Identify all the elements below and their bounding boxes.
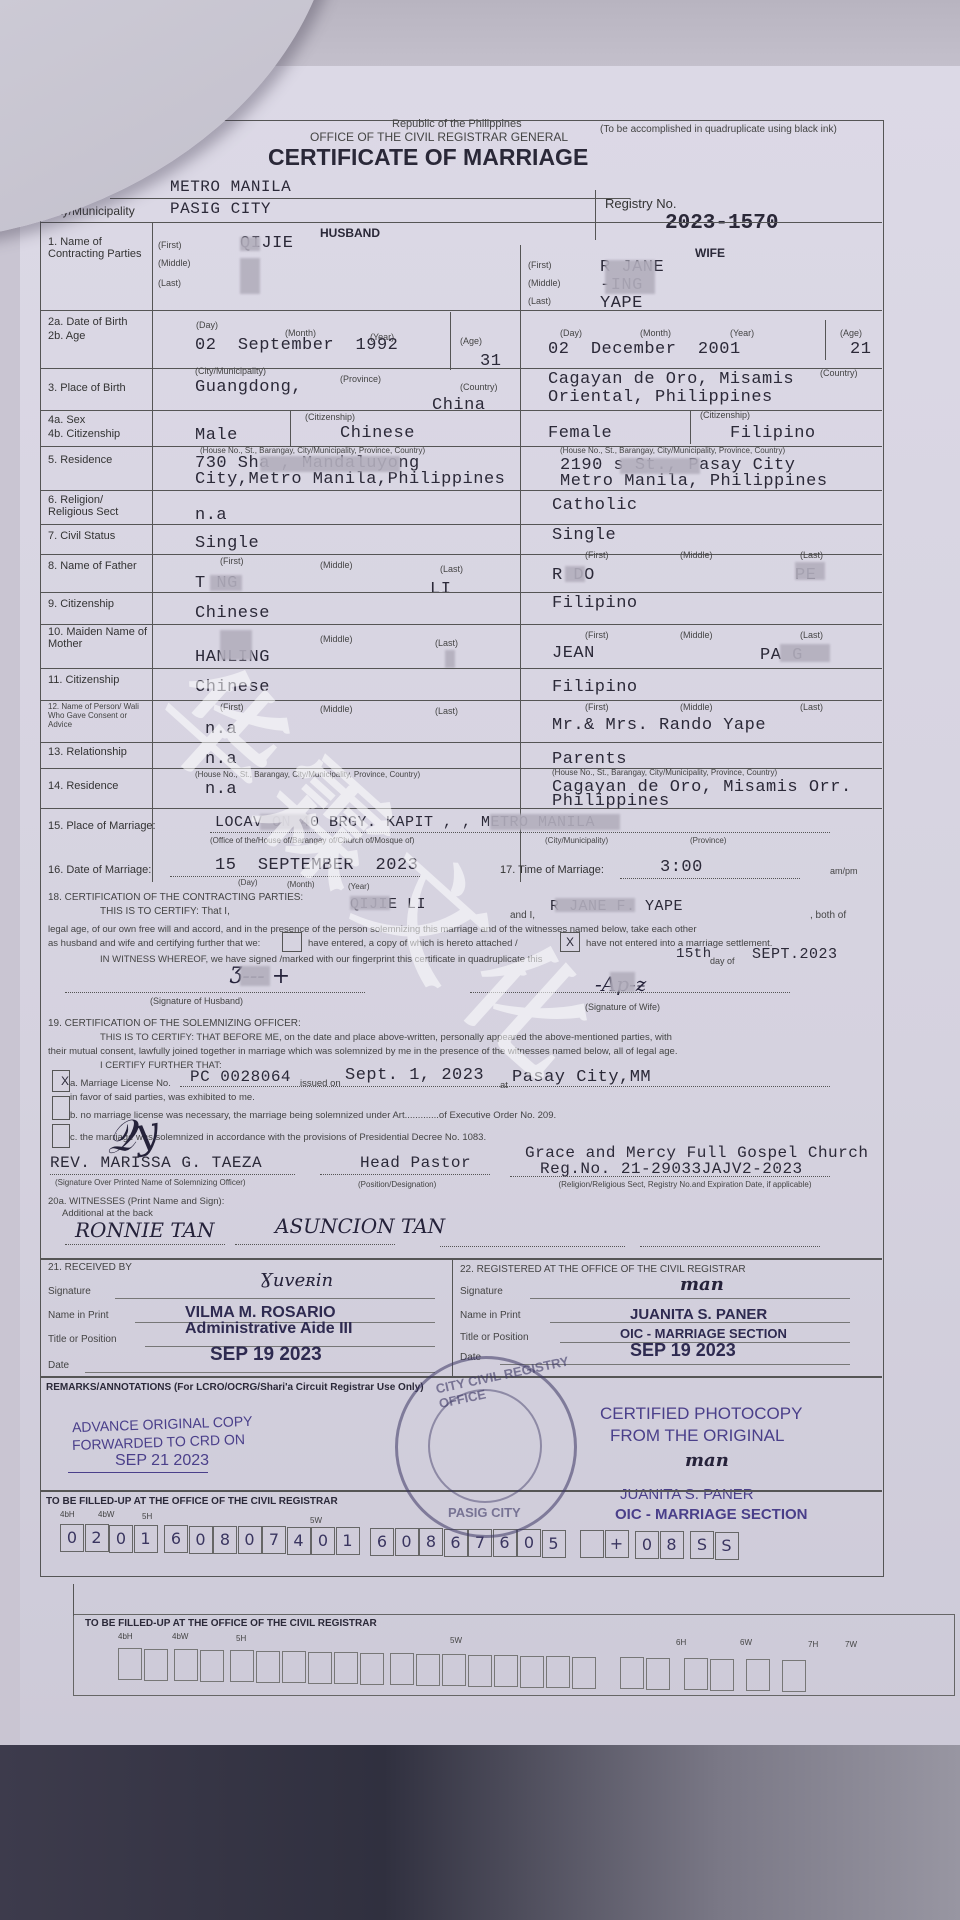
received-date: SEP 19 2023 (210, 1344, 322, 1366)
code-digit-box: 5 (542, 1530, 566, 1558)
label-residence: 5. Residence (48, 454, 112, 466)
blank-code-box (442, 1654, 466, 1686)
blank-code-box (360, 1653, 384, 1685)
husband-mother-citizenship: Chinese (195, 678, 270, 697)
city-value: PASIG CITY (170, 200, 271, 218)
wife-father-citizenship: Filipino (552, 594, 638, 613)
label-names: 1. Name of Contracting Parties (48, 236, 148, 260)
label-citizenship: 4b. Citizenship (48, 428, 120, 440)
code-digit-box: 0 (311, 1527, 335, 1555)
label-consent: 12. Name of Person/ Wali Who Gave Consen… (48, 702, 148, 729)
wife-heading: WIFE (695, 246, 725, 260)
label-date-of-marriage: 16. Date of Marriage: (48, 864, 151, 876)
time-of-marriage: 3:00 (660, 858, 703, 877)
wife-dob: 02 December 2001 (548, 340, 741, 359)
license-issued-on: Sept. 1, 2023 (345, 1066, 484, 1085)
pd1083-checkbox[interactable] (52, 1124, 70, 1148)
settlement-not-entered-checkbox[interactable]: X (560, 932, 580, 952)
blank-codes-heading: TO BE FILLED-UP AT THE OFFICE OF THE CIV… (85, 1618, 377, 1629)
husband-father-citizenship: Chinese (195, 604, 270, 623)
husband-birth-country: China (432, 396, 486, 415)
wife-age: 21 (850, 340, 871, 359)
blank-code-box (144, 1649, 168, 1681)
registered-signature: man (680, 1274, 724, 1295)
registry-label: Registry No. (605, 196, 677, 211)
husband-birth-city: Guangdong, (195, 378, 302, 397)
husband-residence-2: City,Metro Manila,Philippines (195, 470, 505, 489)
code-digit-box: 0 (60, 1524, 84, 1552)
blank-code-box (572, 1657, 596, 1689)
code-digit-box: 7 (262, 1526, 286, 1554)
label-time-of-marriage: 17. Time of Marriage: (500, 864, 604, 876)
officer-name: REV. MARISSA G. TAEZA (50, 1154, 262, 1172)
wife-residence-2: Metro Manila, Philippines (560, 472, 828, 491)
registered-title: OIC - MARRIAGE SECTION (620, 1326, 787, 1341)
instruction-text: (To be accomplished in quadruplicate usi… (600, 124, 837, 135)
code-digit-box: 2 (85, 1524, 109, 1552)
witness-1-signature: RONNIE TAN (75, 1218, 215, 1242)
code-digit-box: 0 (517, 1529, 541, 1557)
advance-copy-stamp-date: SEP 21 2023 (115, 1452, 209, 1470)
republic-text: Republic of the Philippines (392, 118, 522, 130)
blank-code-box (334, 1652, 358, 1684)
label-mother-citizenship: 11. Citizenship (48, 674, 119, 686)
label-consent-residence: 14. Residence (48, 780, 118, 792)
certified-name: JUANITA S. PANER (620, 1486, 754, 1503)
code-digit-box: 8 (213, 1526, 237, 1554)
code-digit-box: 0 (395, 1528, 419, 1556)
code-digit-box: S (690, 1531, 714, 1559)
code-digit-box: 8 (660, 1531, 684, 1559)
label-relationship: 13. Relationship (48, 746, 127, 758)
code-digit-box: 4 (287, 1527, 311, 1555)
blank-code-box (494, 1655, 518, 1687)
cert-day: 15th (676, 946, 712, 962)
date-of-marriage: 15 SEPTEMBER 2023 (215, 856, 418, 875)
blank-code-box (684, 1658, 708, 1690)
province-value: METRO MANILA (170, 178, 291, 196)
certified-signature: man (685, 1450, 729, 1471)
received-signature: Ɣuveʀin (260, 1270, 333, 1291)
code-digit-box: 6 (164, 1525, 188, 1553)
blank-code-box (390, 1653, 414, 1685)
wife-citizenship: Filipino (730, 424, 816, 443)
license-checkbox[interactable]: X (52, 1070, 70, 1092)
code-digit-box (580, 1530, 604, 1558)
license-number: PC 0028064 (190, 1068, 291, 1086)
certified-photocopy-stamp-1: CERTIFIED PHOTOCOPY (600, 1404, 802, 1424)
wife-mother-citizenship: Filipino (552, 678, 638, 697)
wife-relationship: Parents (552, 750, 627, 769)
wife-birth-place-2: Oriental, Philippines (548, 388, 773, 407)
cert18-heading: 18. CERTIFICATION OF THE CONTRACTING PAR… (48, 892, 303, 903)
code-digit-box: 0 (189, 1526, 213, 1554)
husband-dob: 02 September 1992 (195, 336, 398, 355)
registered-date: SEP 19 2023 (630, 1340, 736, 1361)
settlement-entered-checkbox[interactable] (282, 932, 302, 952)
husband-father-last: LI (430, 580, 451, 599)
blank-code-box (230, 1650, 254, 1682)
wife-birth-place-1: Cagayan de Oro, Misamis (548, 370, 794, 389)
code-digit-box: S (715, 1532, 739, 1560)
code-digit-box: + (605, 1530, 629, 1558)
registrar-codes-heading: TO BE FILLED-UP AT THE OFFICE OF THE CIV… (46, 1496, 338, 1507)
husband-relationship: n.a (205, 750, 237, 769)
blank-code-box (256, 1651, 280, 1683)
desk-surface (0, 1745, 960, 1920)
license-issued-at: Pasay City,MM (512, 1068, 651, 1087)
label-sex: 4a. Sex (48, 414, 85, 426)
city-civil-registry-seal: CITY CIVIL REGISTRY OFFICE PASIG CITY (395, 1356, 577, 1538)
certified-title: OIC - MARRIAGE SECTION (615, 1506, 808, 1523)
no-license-checkbox[interactable] (52, 1096, 70, 1120)
received-title: Administrative Aide III (185, 1320, 352, 1338)
blank-code-box (468, 1655, 492, 1687)
blank-code-box (308, 1652, 332, 1684)
husband-sex: Male (195, 426, 238, 445)
received-heading: 21. RECEIVED BY (48, 1262, 132, 1273)
witnesses-heading: 20a. WITNESSES (Print Name and Sign): (48, 1196, 224, 1207)
label-father: 8. Name of Father (48, 560, 148, 572)
husband-consent-name: n.a (205, 720, 237, 739)
officer-position: Head Pastor (360, 1154, 471, 1172)
blank-code-box (174, 1649, 198, 1681)
code-digit-box: 0 (109, 1525, 133, 1553)
blank-code-box (200, 1650, 224, 1682)
wife-sex: Female (548, 424, 612, 443)
page-title: CERTIFICATE OF MARRIAGE (268, 144, 588, 171)
am-pm: am/pm (830, 866, 858, 876)
wife-mother-first: JEAN (552, 644, 595, 663)
code-digit-box: 0 (238, 1526, 262, 1554)
code-digit-box: 0 (635, 1531, 659, 1559)
blank-code-box (646, 1658, 670, 1690)
husband-citizenship: Chinese (340, 424, 415, 443)
wife-consent-name: Mr.& Mrs. Rando Yape (552, 716, 766, 735)
cert-month-year: SEPT.2023 (752, 946, 838, 963)
code-digit-box: 1 (336, 1527, 360, 1555)
label-religion: 6. Religion/ Religious Sect (48, 494, 148, 518)
husband-heading: HUSBAND (320, 226, 380, 240)
blank-code-box (782, 1660, 806, 1692)
office-text: OFFICE OF THE CIVIL REGISTRAR GENERAL (310, 130, 568, 144)
code-digit-box: 1 (134, 1525, 158, 1553)
blank-code-box (746, 1659, 770, 1691)
code-digit-box: 6 (370, 1528, 394, 1556)
husband-consent-residence: n.a (205, 780, 237, 799)
blank-code-box (520, 1656, 544, 1688)
husband-signature-label: (Signature of Husband) (150, 996, 243, 1006)
witness-2-signature: ASUNCION TAN (275, 1214, 445, 1238)
registry-number: 2023-1570 (665, 212, 778, 235)
label-dob: 2a. Date of Birth (48, 316, 128, 328)
certified-photocopy-stamp-2: FROM THE ORIGINAL (610, 1426, 784, 1446)
label-father-citizenship: 9. Citizenship (48, 598, 114, 610)
label-age: 2b. Age (48, 330, 85, 342)
label-place-of-birth: 3. Place of Birth (48, 382, 126, 394)
label-place-of-marriage: 15. Place of Marriage: (48, 820, 156, 832)
blank-code-box (620, 1657, 644, 1689)
husband-civil-status: Single (195, 534, 259, 553)
code-digit-box: 8 (419, 1528, 443, 1556)
remarks-heading: REMARKS/ANNOTATIONS (For LCRO/OCRG/Shari… (46, 1382, 424, 1393)
label-mother: 10. Maiden Name of Mother (48, 626, 148, 650)
wife-signature-label: (Signature of Wife) (585, 1002, 660, 1012)
label-civil-status: 7. Civil Status (48, 530, 115, 542)
husband-religion: n.a (195, 506, 227, 525)
blank-code-box (710, 1659, 734, 1691)
blank-code-box (282, 1651, 306, 1683)
blank-code-box (546, 1656, 570, 1688)
wife-civil-status: Single (552, 526, 616, 545)
seal-bottom-text: PASIG CITY (448, 1505, 521, 1520)
registered-name: JUANITA S. PANER (630, 1306, 767, 1323)
blank-code-box (416, 1654, 440, 1686)
wife-religion: Catholic (552, 496, 638, 515)
blank-code-box (118, 1648, 142, 1680)
cert19-heading: 19. CERTIFICATION OF THE SOLEMNIZING OFF… (48, 1018, 301, 1029)
